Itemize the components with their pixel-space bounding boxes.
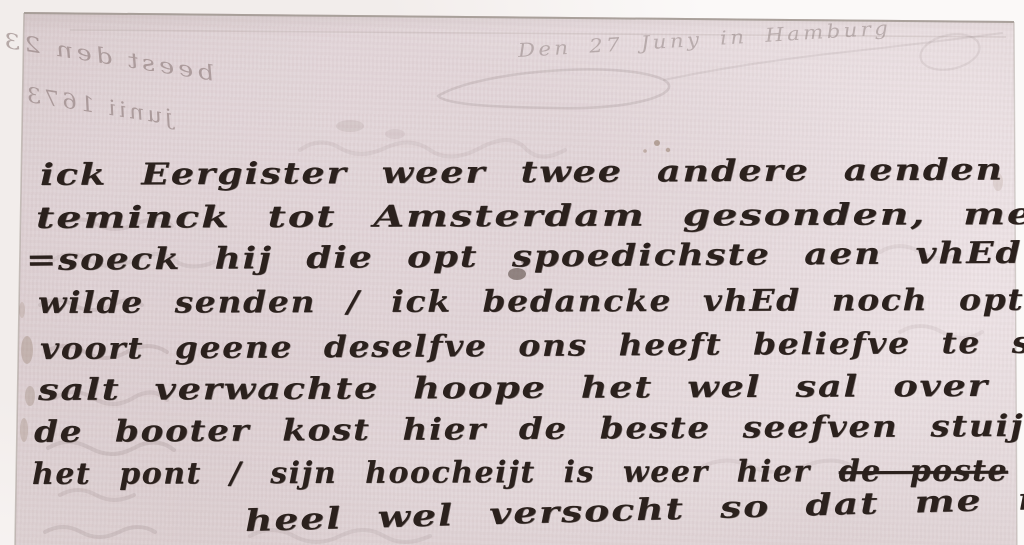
manuscript-line-3: =soeck hij die opt spoedichste aen vhEd … (26, 233, 1024, 281)
manuscript-line-4: wilde senden / ick bedancke vhEd noch op… (38, 280, 1024, 324)
manuscript-line-8-pre: het pont / sijn hoocheijt is weer hier (32, 454, 839, 492)
scanned-letter-page: beest den 23 junii 1673 Den 27 Juny in H… (0, 0, 1024, 545)
manuscript-line-7: de booter kost hier de beste seefven stu… (34, 406, 1024, 453)
manuscript-line-5: voort geene deselfve ons heeft beliefve … (40, 323, 1024, 370)
manuscript-line-6: salt verwachte hoope het wel sal over ko… (38, 366, 1024, 411)
manuscript-line-1: ick Eergister weer twee andere aenden he… (40, 150, 1024, 196)
manuscript-line-2: teminck tot Amsterdam gesonden, met ver (36, 195, 1024, 239)
